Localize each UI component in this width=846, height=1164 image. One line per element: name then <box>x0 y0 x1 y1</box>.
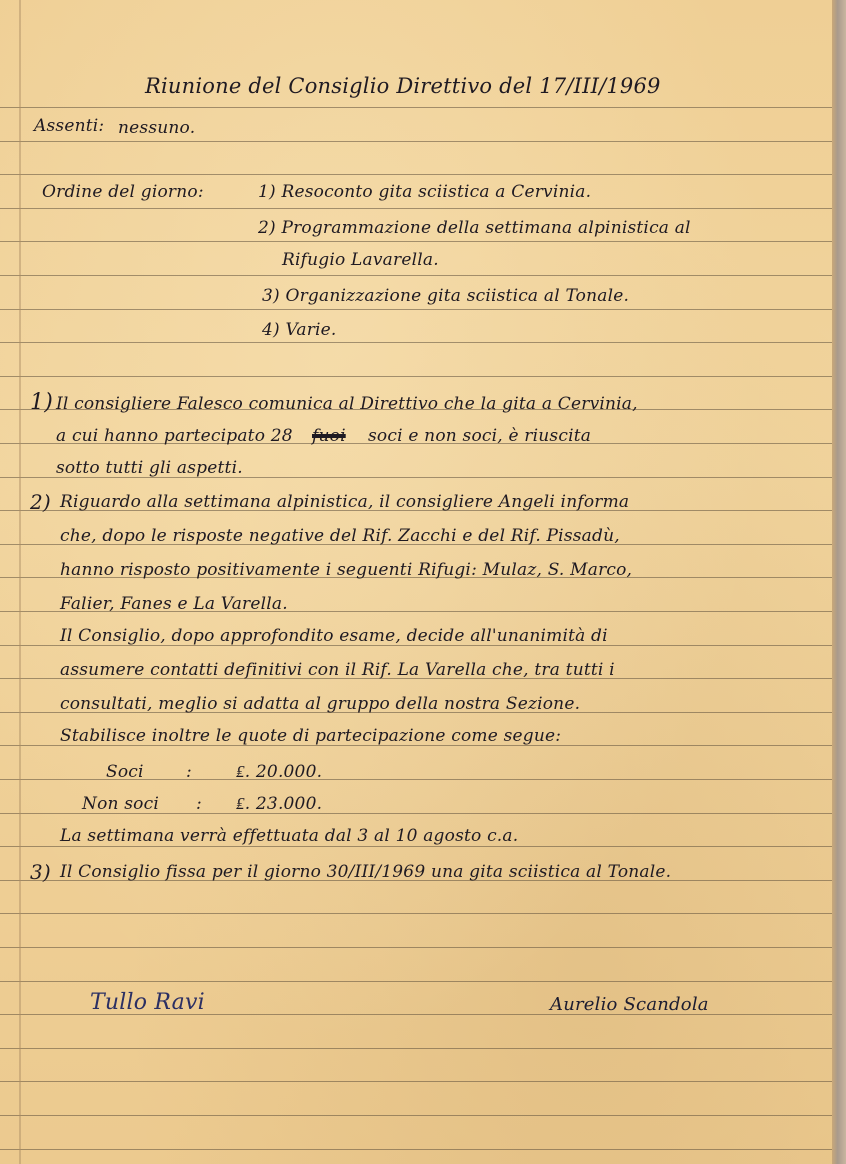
rule-line <box>0 981 832 982</box>
fee-amount: ₤. 23.000. <box>236 794 322 814</box>
document-title: Riunione del Consiglio Direttivo del 17/… <box>145 74 661 98</box>
rule-line <box>0 913 832 914</box>
rule-line <box>0 1149 832 1150</box>
agenda-item: 1) Resoconto gita sciistica a Cervinia. <box>258 182 591 202</box>
rule-line <box>0 275 832 276</box>
rule-line <box>0 241 832 242</box>
fee-colon: : <box>196 794 202 814</box>
agenda-item: 2) Programmazione della settimana alpini… <box>258 218 691 238</box>
item-line: che, dopo le risposte negative del Rif. … <box>60 526 620 546</box>
absent-value: nessuno. <box>118 118 195 138</box>
rule-line <box>0 376 832 377</box>
item-line: Il Consiglio, dopo approfondito esame, d… <box>60 626 608 646</box>
rule-line <box>0 208 832 209</box>
item-line: Il Consiglio fissa per il giorno 30/III/… <box>60 862 671 882</box>
margin-line <box>19 0 21 1164</box>
fee-amount: ₤. 20.000. <box>236 762 322 782</box>
item-line: consultati, meglio si adatta al gruppo d… <box>60 694 580 714</box>
item-number: 1) <box>30 390 53 415</box>
rule-line <box>0 309 832 310</box>
rule-line <box>0 1115 832 1116</box>
agenda-label: Ordine del giorno: <box>42 182 204 202</box>
rule-line <box>0 1081 832 1082</box>
struck-word: fuoi <box>312 426 346 446</box>
fee-label: Non soci <box>82 794 159 814</box>
fee-label: Soci <box>106 762 144 782</box>
rule-line <box>0 174 832 175</box>
item-line: Riguardo alla settimana alpinistica, il … <box>60 492 629 512</box>
signature-right: Aurelio Scandola <box>550 994 709 1015</box>
signature-left: Tullo Ravi <box>90 990 205 1015</box>
rule-line <box>0 1048 832 1049</box>
item-line: hanno risposto positivamente i seguenti … <box>60 560 632 580</box>
rule-line <box>0 107 832 108</box>
fee-colon: : <box>186 762 192 782</box>
page-edge <box>832 0 846 1164</box>
item-closing: La settimana verrà effettuata dal 3 al 1… <box>60 826 518 846</box>
rule-line <box>0 141 832 142</box>
agenda-item: 4) Varie. <box>262 320 337 340</box>
item-line: sotto tutti gli aspetti. <box>56 458 243 478</box>
notebook-page: Riunione del Consiglio Direttivo del 17/… <box>0 0 846 1164</box>
item-line: a cui hanno partecipato 28 <box>56 426 293 446</box>
agenda-item: Rifugio Lavarella. <box>282 250 439 270</box>
item-number: 2) <box>30 490 51 514</box>
rule-line <box>0 947 832 948</box>
item-line: Il consigliere Falesco comunica al Diret… <box>56 394 638 414</box>
rule-line <box>0 342 832 343</box>
absent-label: Assenti: <box>34 116 104 136</box>
item-line: Stabilisce inoltre le quote di partecipa… <box>60 726 561 746</box>
agenda-item: 3) Organizzazione gita sciistica al Tona… <box>262 286 629 306</box>
item-number: 3) <box>30 860 51 884</box>
item-line: assumere contatti definitivi con il Rif.… <box>60 660 615 680</box>
item-line: soci e non soci, è riuscita <box>368 426 591 446</box>
rule-line <box>0 846 832 847</box>
item-line: Falier, Fanes e La Varella. <box>60 594 288 614</box>
